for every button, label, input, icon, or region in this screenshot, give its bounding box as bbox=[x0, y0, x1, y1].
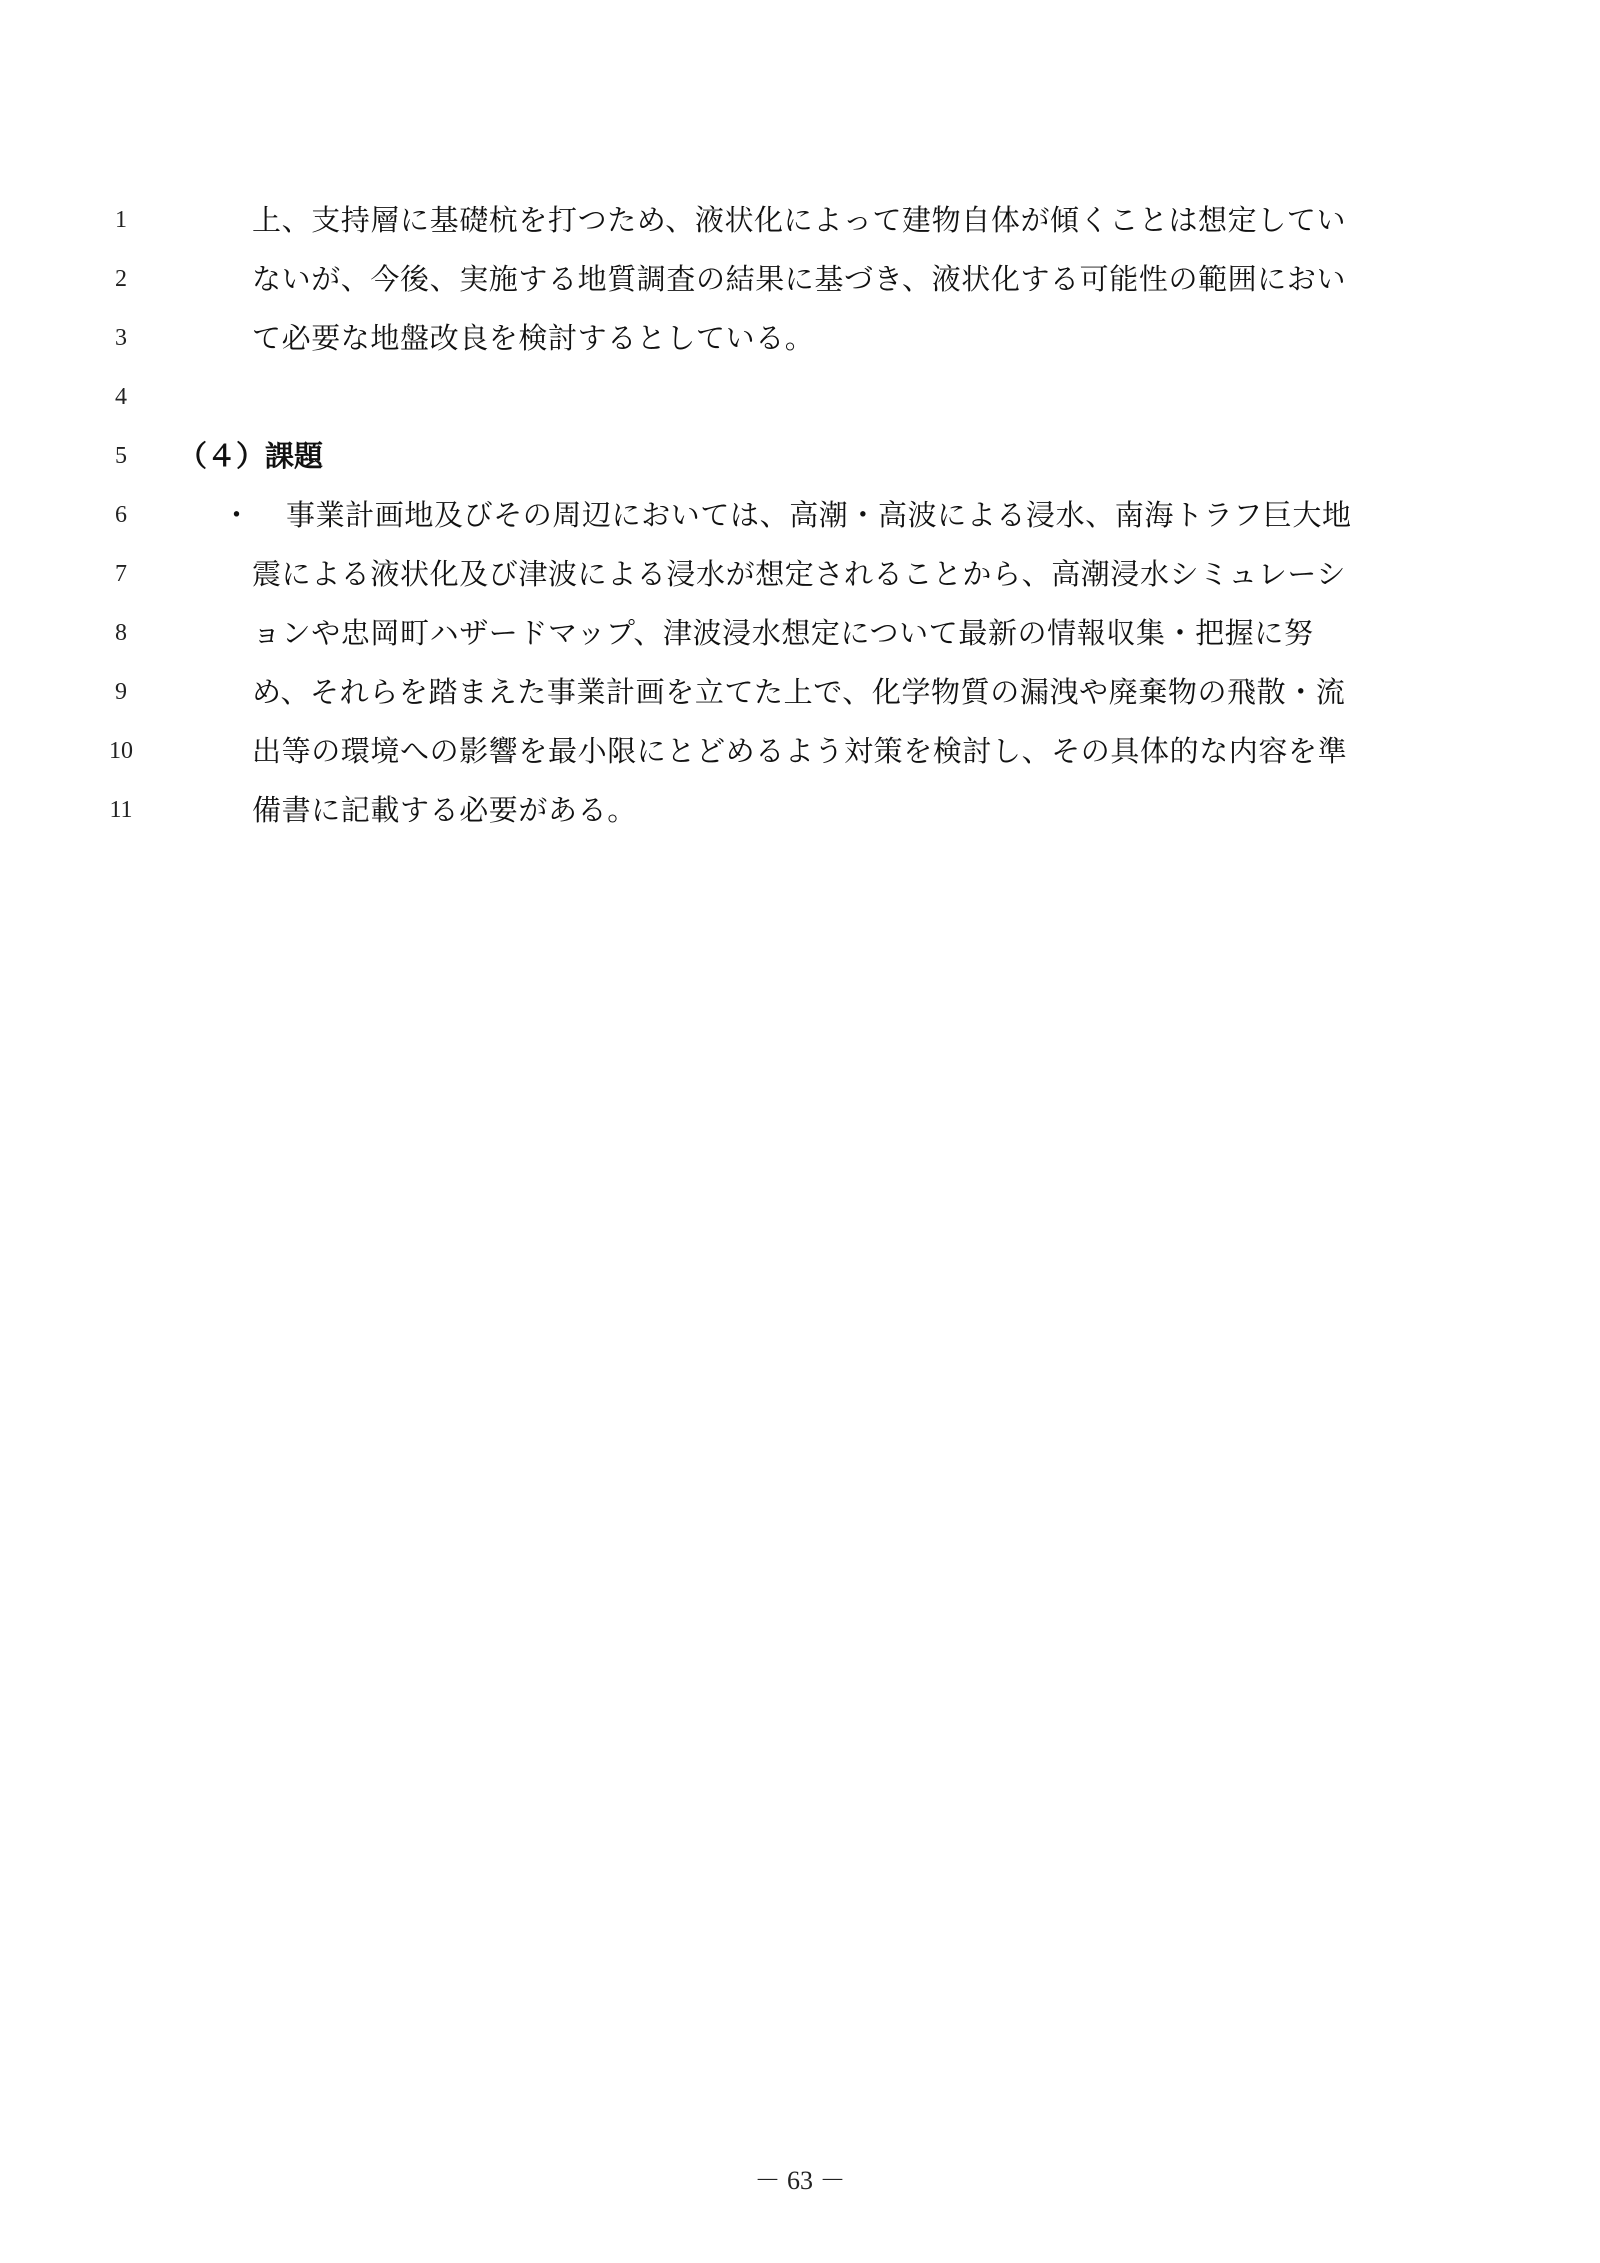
section-heading: （４）課題 bbox=[178, 434, 323, 478]
bullet-icon: ・ bbox=[222, 493, 251, 537]
line-number: 5 bbox=[96, 434, 146, 478]
document-line-10: 10 出等の環境への影響を最小限にとどめるよう対策を検討し、その具体的な内容を準 bbox=[0, 729, 1600, 773]
line-number: 1 bbox=[96, 198, 146, 242]
body-text: ョンや忠岡町ハザードマップ、津波浸水想定について最新の情報収集・把握に努 bbox=[252, 611, 1314, 655]
document-line-1: 1 上、支持層に基礎杭を打つため、液状化によって建物自体が傾くことは想定してい bbox=[0, 198, 1600, 242]
document-line-7: 7 震による液状化及び津波による浸水が想定されることから、高潮浸水シミュレーシ bbox=[0, 552, 1600, 596]
document-line-11: 11 備書に記載する必要がある。 bbox=[0, 788, 1600, 832]
line-number: 8 bbox=[96, 611, 146, 655]
document-line-4: 4 bbox=[0, 375, 1600, 419]
document-line-6: 6 ・ 事業計画地及びその周辺においては、高潮・高波による浸水、南海トラフ巨大地 bbox=[0, 493, 1600, 537]
line-number: 7 bbox=[96, 552, 146, 596]
document-line-3: 3 て必要な地盤改良を検討するとしている。 bbox=[0, 316, 1600, 360]
document-line-2: 2 ないが、今後、実施する地質調査の結果に基づき、液状化する可能性の範囲におい bbox=[0, 257, 1600, 301]
document-line-8: 8 ョンや忠岡町ハザードマップ、津波浸水想定について最新の情報収集・把握に努 bbox=[0, 611, 1600, 655]
body-text: 震による液状化及び津波による浸水が想定されることから、高潮浸水シミュレーシ bbox=[252, 552, 1346, 596]
line-number: 3 bbox=[96, 316, 146, 360]
line-number: 9 bbox=[96, 670, 146, 714]
line-number: 6 bbox=[96, 493, 146, 537]
line-number: 10 bbox=[96, 729, 146, 773]
document-line-9: 9 め、それらを踏まえた事業計画を立てた上で、化学物質の漏洩や廃棄物の飛散・流 bbox=[0, 670, 1600, 714]
line-number: 11 bbox=[96, 788, 146, 832]
document-line-5: 5 （４）課題 bbox=[0, 434, 1600, 478]
line-number: 2 bbox=[96, 257, 146, 301]
line-number: 4 bbox=[96, 375, 146, 419]
body-text: 備書に記載する必要がある。 bbox=[252, 788, 637, 832]
document-page: 1 上、支持層に基礎杭を打つため、液状化によって建物自体が傾くことは想定してい … bbox=[0, 0, 1600, 2263]
body-text: 事業計画地及びその周辺においては、高潮・高波による浸水、南海トラフ巨大地 bbox=[286, 493, 1352, 537]
body-text: 上、支持層に基礎杭を打つため、液状化によって建物自体が傾くことは想定してい bbox=[252, 198, 1346, 242]
body-text: て必要な地盤改良を検討するとしている。 bbox=[252, 316, 814, 360]
body-text: め、それらを踏まえた事業計画を立てた上で、化学物質の漏洩や廃棄物の飛散・流 bbox=[252, 670, 1345, 714]
page-number: － 63 － bbox=[0, 2160, 1600, 2197]
body-text: ないが、今後、実施する地質調査の結果に基づき、液状化する可能性の範囲におい bbox=[252, 257, 1346, 301]
body-text: 出等の環境への影響を最小限にとどめるよう対策を検討し、その具体的な内容を準 bbox=[252, 729, 1347, 773]
